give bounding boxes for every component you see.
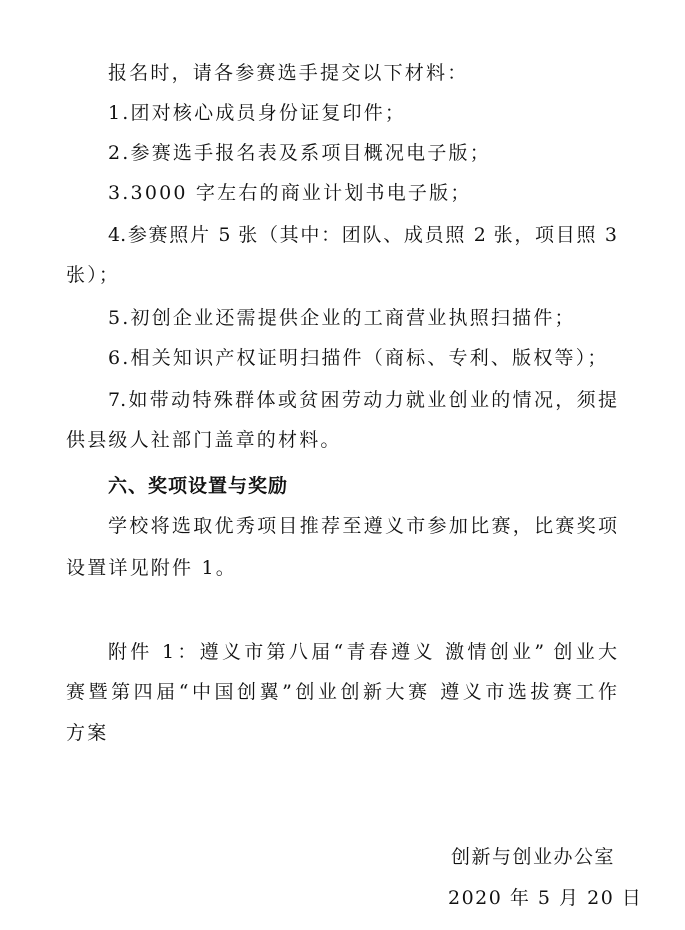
material-item-2: 2.参赛选手报名表及系项目概况电子版； bbox=[108, 141, 491, 165]
document-page: 报名时，请各参赛选手提交以下材料： 1.团对核心成员身份证复印件； 2.参赛选手… bbox=[0, 0, 685, 930]
material-item-7: 7.如带动特殊群体或贫困劳动力就业创业的情况，须提 bbox=[108, 388, 617, 412]
intro-text: 报名时，请各参赛选手提交以下材料： bbox=[108, 61, 468, 85]
section-paragraph-cont: 设置详见附件 1。 bbox=[66, 556, 237, 580]
material-item-6: 6.相关知识产权证明扫描件（商标、专利、版权等）； bbox=[108, 346, 609, 370]
signature-office: 创新与创业办公室 bbox=[448, 845, 618, 869]
attachment-note-cont: 赛暨第四届“中国创翼”创业创新大赛 遵义市选拔赛工作 bbox=[66, 680, 617, 704]
material-item-1: 1.团对核心成员身份证复印件； bbox=[108, 101, 406, 125]
section-paragraph: 学校将选取优秀项目推荐至遵义市参加比赛，比赛奖项 bbox=[108, 514, 617, 538]
material-item-4: 4.参赛照片 5 张（其中：团队、成员照 2 张，项目照 3 bbox=[108, 223, 617, 247]
section-heading: 六、奖项设置与奖励 bbox=[108, 474, 288, 498]
signature-date: 2020 年 5 月 20 日 bbox=[448, 886, 618, 910]
material-item-5: 5.初创企业还需提供企业的工商营业执照扫描件； bbox=[108, 306, 576, 330]
material-item-7-cont: 供县级人社部门盖章的材料。 bbox=[66, 428, 342, 452]
attachment-note: 附件 1：遵义市第八届“青春遵义 激情创业” 创业大 bbox=[108, 640, 617, 664]
material-item-4-cont: 张）； bbox=[66, 263, 120, 287]
material-item-3: 3.3000 字左右的商业计划书电子版； bbox=[108, 181, 472, 205]
attachment-note-cont-2: 方案 bbox=[66, 721, 108, 745]
